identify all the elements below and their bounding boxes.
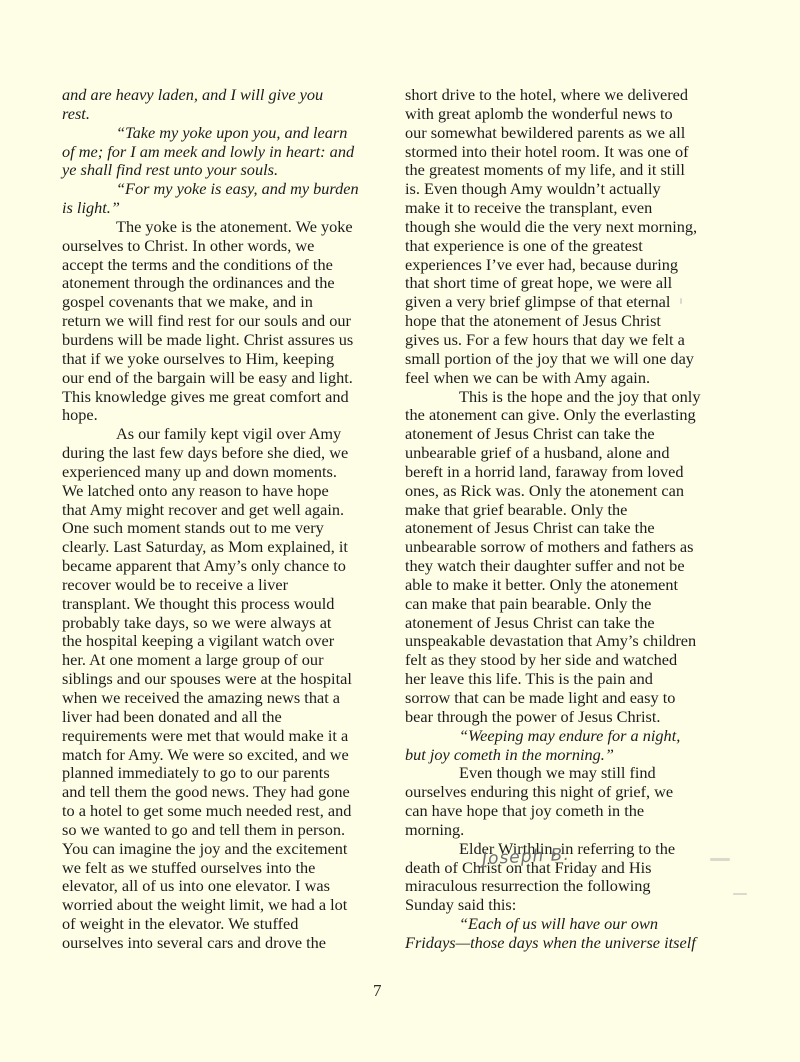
text-line: worried about the weight limit, we had a… <box>62 896 382 915</box>
text-line: unspeakable devastation that Amy’s child… <box>405 632 725 651</box>
text-line: “Each of us will have our own <box>405 915 725 934</box>
text-line: though she would die the very next morni… <box>405 218 725 237</box>
text-line: that short time of great hope, we were a… <box>405 274 725 293</box>
text-line: sorrow that can be made light and easy t… <box>405 689 725 708</box>
text-line: The yoke is the atonement. We yoke <box>62 218 382 237</box>
text-line: elevator, all of us into one elevator. I… <box>62 877 382 896</box>
text-line: hope. <box>62 406 382 425</box>
text-line: with great aplomb the wonderful news to <box>405 105 725 124</box>
text-line: This is the hope and the joy that only <box>405 388 725 407</box>
text-line: “Take my yoke upon you, and learn <box>62 124 382 143</box>
text-line: atonement through the ordinances and the <box>62 274 382 293</box>
text-line: small portion of the joy that we will on… <box>405 350 725 369</box>
text-line: can make that pain bearable. Only the <box>405 595 725 614</box>
right-text-column: short drive to the hotel, where we deliv… <box>405 86 725 953</box>
text-line: unbearable sorrow of mothers and fathers… <box>405 538 725 557</box>
text-line: felt as they stood by her side and watch… <box>405 651 725 670</box>
text-line: is. Even though Amy wouldn’t actually <box>405 180 725 199</box>
text-line: to a hotel to get some much needed rest,… <box>62 802 382 821</box>
text-line: unbearable grief of a husband, alone and <box>405 444 725 463</box>
text-line: of me; for I am meek and lowly in heart:… <box>62 143 382 162</box>
text-line: atonement of Jesus Christ can take the <box>405 425 725 444</box>
text-line: ourselves to Christ. In other words, we <box>62 237 382 256</box>
text-line: atonement of Jesus Christ can take the <box>405 614 725 633</box>
text-line: morning. <box>405 821 725 840</box>
text-line: hope that the atonement of Jesus Christ <box>405 312 725 331</box>
text-line: short drive to the hotel, where we deliv… <box>405 86 725 105</box>
text-line: return we will find rest for our souls a… <box>62 312 382 331</box>
text-line: so we wanted to go and tell them in pers… <box>62 821 382 840</box>
page-number: 7 <box>373 981 382 1001</box>
text-line: atonement of Jesus Christ can take the <box>405 519 725 538</box>
text-line: but joy cometh in the morning.” <box>405 746 725 765</box>
text-line: our end of the bargain will be easy and … <box>62 369 382 388</box>
text-line: bear through the power of Jesus Christ. <box>405 708 725 727</box>
text-line: One such moment stands out to me very <box>62 519 382 538</box>
text-line: that Amy might recover and get well agai… <box>62 501 382 520</box>
text-line: given a very brief glimpse of that etern… <box>405 293 725 312</box>
text-line: ourselves enduring this night of grief, … <box>405 783 725 802</box>
text-line: match for Amy. We were so excited, and w… <box>62 746 382 765</box>
text-line: ourselves into several cars and drove th… <box>62 934 382 953</box>
text-line: we felt as we stuffed ourselves into the <box>62 859 382 878</box>
text-line: miraculous resurrection the following <box>405 877 725 896</box>
text-line: the greatest moments of my life, and it … <box>405 161 725 180</box>
text-line: during the last few days before she died… <box>62 444 382 463</box>
text-line: siblings and our spouses were at the hos… <box>62 670 382 689</box>
text-line: planned immediately to go to our parents <box>62 764 382 783</box>
text-line: burdens will be made light. Christ assur… <box>62 331 382 350</box>
text-line: As our family kept vigil over Amy <box>62 425 382 444</box>
text-line: make it to receive the transplant, even <box>405 199 725 218</box>
text-line: can have hope that joy cometh in the <box>405 802 725 821</box>
text-line: became apparent that Amy’s only chance t… <box>62 557 382 576</box>
text-line: the atonement can give. Only the everlas… <box>405 406 725 425</box>
text-line: rest. <box>62 105 382 124</box>
text-line: requirements were met that would make it… <box>62 727 382 746</box>
text-line: her. At one moment a large group of our <box>62 651 382 670</box>
text-line: experienced many up and down moments. <box>62 463 382 482</box>
document-page: and are heavy laden, and I will give you… <box>0 0 800 1062</box>
text-line: of weight in the elevator. We stuffed <box>62 915 382 934</box>
text-line: accept the terms and the conditions of t… <box>62 256 382 275</box>
text-line: feel when we can be with Amy again. <box>405 369 725 388</box>
scan-speck <box>733 893 747 895</box>
text-line: transplant. We thought this process woul… <box>62 595 382 614</box>
text-line: liver had been donated and all the <box>62 708 382 727</box>
scan-speck <box>710 858 730 861</box>
text-line: Sunday said this: <box>405 896 725 915</box>
text-line: that if we yoke ourselves to Him, keepin… <box>62 350 382 369</box>
text-line: make that grief bearable. Only the <box>405 501 725 520</box>
text-line: “Weeping may endure for a night, <box>405 727 725 746</box>
text-line: recover would be to receive a liver <box>62 576 382 595</box>
text-line: You can imagine the joy and the exciteme… <box>62 840 382 859</box>
scan-speck <box>680 298 682 304</box>
text-line: they watch their daughter suffer and not… <box>405 557 725 576</box>
text-line: gospel covenants that we make, and in <box>62 293 382 312</box>
text-line: clearly. Last Saturday, as Mom explained… <box>62 538 382 557</box>
text-line: probably take days, so we were always at <box>62 614 382 633</box>
text-line: Even though we may still find <box>405 764 725 783</box>
text-line: “For my yoke is easy, and my burden <box>62 180 382 199</box>
text-line: gives us. For a few hours that day we fe… <box>405 331 725 350</box>
text-line: This knowledge gives me great comfort an… <box>62 388 382 407</box>
text-line: and tell them the good news. They had go… <box>62 783 382 802</box>
text-line: the hospital keeping a vigilant watch ov… <box>62 632 382 651</box>
text-line: when we received the amazing news that a <box>62 689 382 708</box>
text-line: her leave this life. This is the pain an… <box>405 670 725 689</box>
text-line: our somewhat bewildered parents as we al… <box>405 124 725 143</box>
text-line: is light.” <box>62 199 382 218</box>
text-line: Fridays—those days when the universe its… <box>405 934 725 953</box>
text-line: bereft in a horrid land, faraway from lo… <box>405 463 725 482</box>
text-line: and are heavy laden, and I will give you <box>62 86 382 105</box>
text-line: able to make it better. Only the atoneme… <box>405 576 725 595</box>
text-line: experiences I’ve ever had, because durin… <box>405 256 725 275</box>
text-line: ones, as Rick was. Only the atonement ca… <box>405 482 725 501</box>
text-line: stormed into their hotel room. It was on… <box>405 143 725 162</box>
text-line: ye shall find rest unto your souls. <box>62 161 382 180</box>
text-line: that experience is one of the greatest <box>405 237 725 256</box>
text-line: We latched onto any reason to have hope <box>62 482 382 501</box>
left-text-column: and are heavy laden, and I will give you… <box>62 86 382 953</box>
